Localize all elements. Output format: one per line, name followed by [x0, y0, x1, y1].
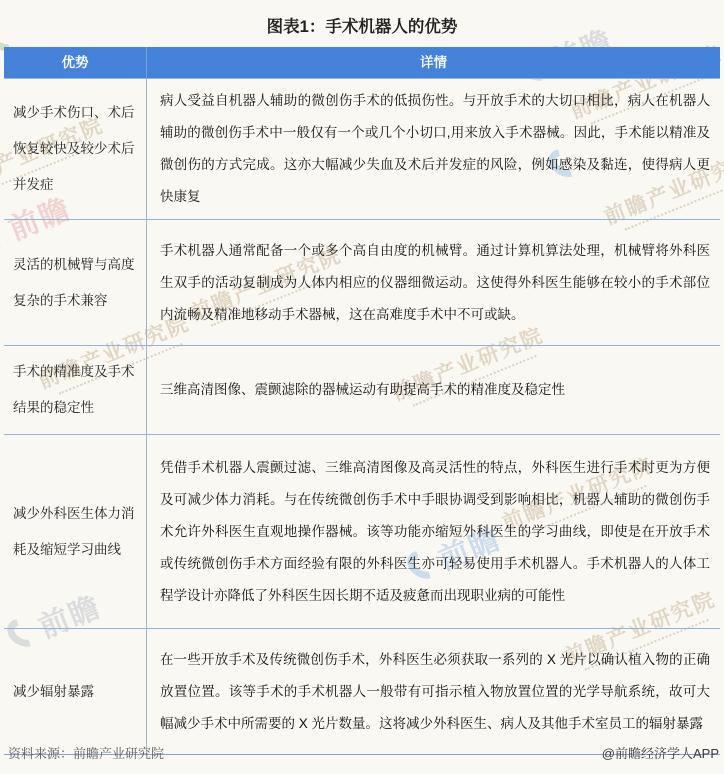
- advantage-cell: 灵活的机械臂与高度复杂的手术兼容: [4, 220, 147, 345]
- report-figure-page: 前瞻 前瞻产业研究院 前瞻产业研究院 前瞻 前瞻产业研究院 前瞻产业研究院 前瞻…: [0, 0, 724, 774]
- detail-cell: 手术机器人通常配备一个或多个高自由度的机械臂。通过计算机算法处理，机械臂将外科医…: [147, 220, 720, 345]
- header-cell-detail: 详情: [147, 47, 720, 78]
- table-header-row: 优势 详情: [4, 47, 720, 78]
- advantages-table: 优势 详情 减少手术伤口、术后恢复较快及较少术后并发症 病人受益自机器人辅助的微…: [4, 47, 720, 755]
- table-row: 灵活的机械臂与高度复杂的手术兼容 手术机器人通常配备一个或多个高自由度的机械臂。…: [4, 219, 720, 345]
- table-row: 减少外科医生体力消耗及缩短学习曲线 凭借手术机器人震颤过滤、三维高清图像及高灵活…: [4, 434, 720, 628]
- detail-text: 病人受益自机器人辅助的微创伤手术的低损伤性。与开放手术的大切口相比，病人在机器人…: [160, 85, 710, 213]
- title-bar: 图表1：手术机器人的优势: [0, 0, 724, 47]
- detail-cell: 病人受益自机器人辅助的微创伤手术的低损伤性。与开放手术的大切口相比，病人在机器人…: [147, 79, 720, 219]
- detail-text: 三维高清图像、震颤滤除的器械运动有助提高手术的精准度及稳定性: [160, 374, 710, 406]
- source-note: 资料来源：前瞻产业研究院: [8, 743, 164, 762]
- advantage-cell: 减少手术伤口、术后恢复较快及较少术后并发症: [4, 79, 147, 219]
- table-row: 减少手术伤口、术后恢复较快及较少术后并发症 病人受益自机器人辅助的微创伤手术的低…: [4, 78, 720, 219]
- footer: 资料来源：前瞻产业研究院 @前瞻经济学人APP: [0, 743, 724, 762]
- table-row: 手术的精准度及手术结果的稳定性 三维高清图像、震颤滤除的器械运动有助提高手术的精…: [4, 345, 720, 434]
- detail-text: 在一些开放手术及传统微创伤手术，外科医生必须获取一系列的 X 光片以确认植入物的…: [160, 644, 710, 740]
- advantage-cell: 减少外科医生体力消耗及缩短学习曲线: [4, 435, 147, 628]
- detail-cell: 三维高清图像、震颤滤除的器械运动有助提高手术的精准度及稳定性: [147, 346, 720, 434]
- detail-cell: 在一些开放手术及传统微创伤手术，外科医生必须获取一系列的 X 光片以确认植入物的…: [147, 629, 720, 754]
- app-credit: @前瞻经济学人APP: [602, 743, 719, 762]
- page-title: 图表1：手术机器人的优势: [267, 18, 458, 36]
- advantage-cell: 手术的精准度及手术结果的稳定性: [4, 346, 147, 434]
- detail-cell: 凭借手术机器人震颤过滤、三维高清图像及高灵活性的特点，外科医生进行手术时更为方便…: [147, 435, 720, 628]
- advantage-cell: 减少辐射暴露: [4, 629, 147, 754]
- table-row: 减少辐射暴露 在一些开放手术及传统微创伤手术，外科医生必须获取一系列的 X 光片…: [4, 628, 720, 754]
- header-cell-advantage: 优势: [4, 47, 147, 78]
- detail-text: 手术机器人通常配备一个或多个高自由度的机械臂。通过计算机算法处理，机械臂将外科医…: [160, 235, 710, 331]
- detail-text: 凭借手术机器人震颤过滤、三维高清图像及高灵活性的特点，外科医生进行手术时更为方便…: [160, 452, 710, 612]
